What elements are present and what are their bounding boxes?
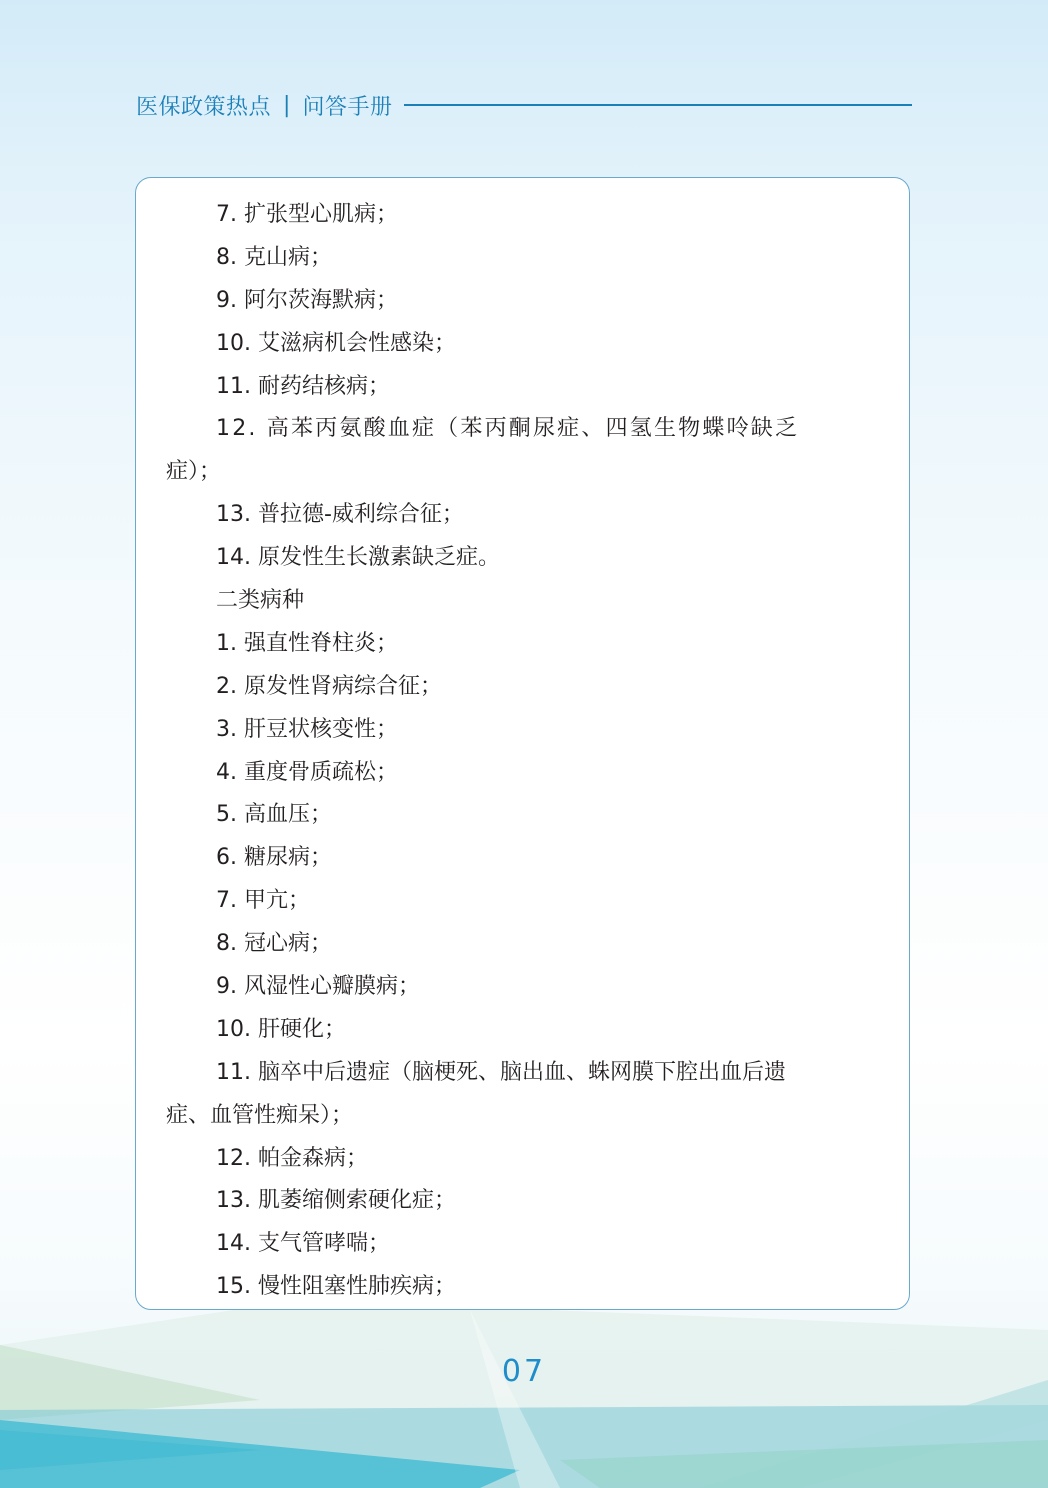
list-item: 11. 脑卒中后遗症（脑梗死、脑出血、蛛网膜下腔出血后遗 <box>166 1052 888 1095</box>
running-header: 医保政策热点 | 问答手册 <box>136 88 912 122</box>
list-item-continuation: 症）； <box>166 451 888 494</box>
header-rule <box>404 104 912 106</box>
list-item: 7. 甲亢； <box>166 880 888 923</box>
disease-list: 7. 扩张型心肌病； 8. 克山病； 9. 阿尔茨海默病； 10. 艾滋病机会性… <box>166 194 888 1309</box>
list-item: 10. 艾滋病机会性感染； <box>166 323 888 366</box>
list-item: 6. 糖尿病； <box>166 837 888 880</box>
list-item: 8. 克山病； <box>166 237 888 280</box>
list-item: 14. 支气管哮喘； <box>166 1223 888 1266</box>
list-item: 9. 风湿性心瓣膜病； <box>166 966 888 1009</box>
header-separator: | <box>283 93 290 118</box>
list-item: 11. 耐药结核病； <box>166 366 888 409</box>
list-item: 2. 原发性肾病综合征； <box>166 666 888 709</box>
list-item: 9. 阿尔茨海默病； <box>166 280 888 323</box>
list-item: 4. 重度骨质疏松； <box>166 752 888 795</box>
list-item-continuation: 症、血管性痴呆）； <box>166 1095 888 1138</box>
list-item: 8. 冠心病； <box>166 923 888 966</box>
section-heading: 二类病种 <box>166 580 888 623</box>
list-item: 14. 原发性生长激素缺乏症。 <box>166 537 888 580</box>
list-item: 5. 高血压； <box>166 794 888 837</box>
header-title: 医保政策热点 <box>136 90 271 121</box>
page-number: 07 <box>0 1354 1048 1389</box>
list-item: 1. 强直性脊柱炎； <box>166 623 888 666</box>
list-item: 12. 高苯丙氨酸血症（苯丙酮尿症、四氢生物蝶呤缺乏 <box>166 408 888 451</box>
list-item: 7. 扩张型心肌病； <box>166 194 888 237</box>
list-item: 13. 普拉德-威利综合征； <box>166 494 888 537</box>
list-item: 13. 肌萎缩侧索硬化症； <box>166 1180 888 1223</box>
list-item: 15. 慢性阻塞性肺疾病； <box>166 1266 888 1309</box>
list-item: 10. 肝硬化； <box>166 1009 888 1052</box>
list-item: 12. 帕金森病； <box>166 1138 888 1181</box>
list-item: 3. 肝豆状核变性； <box>166 709 888 752</box>
header-subtitle: 问答手册 <box>302 90 392 121</box>
